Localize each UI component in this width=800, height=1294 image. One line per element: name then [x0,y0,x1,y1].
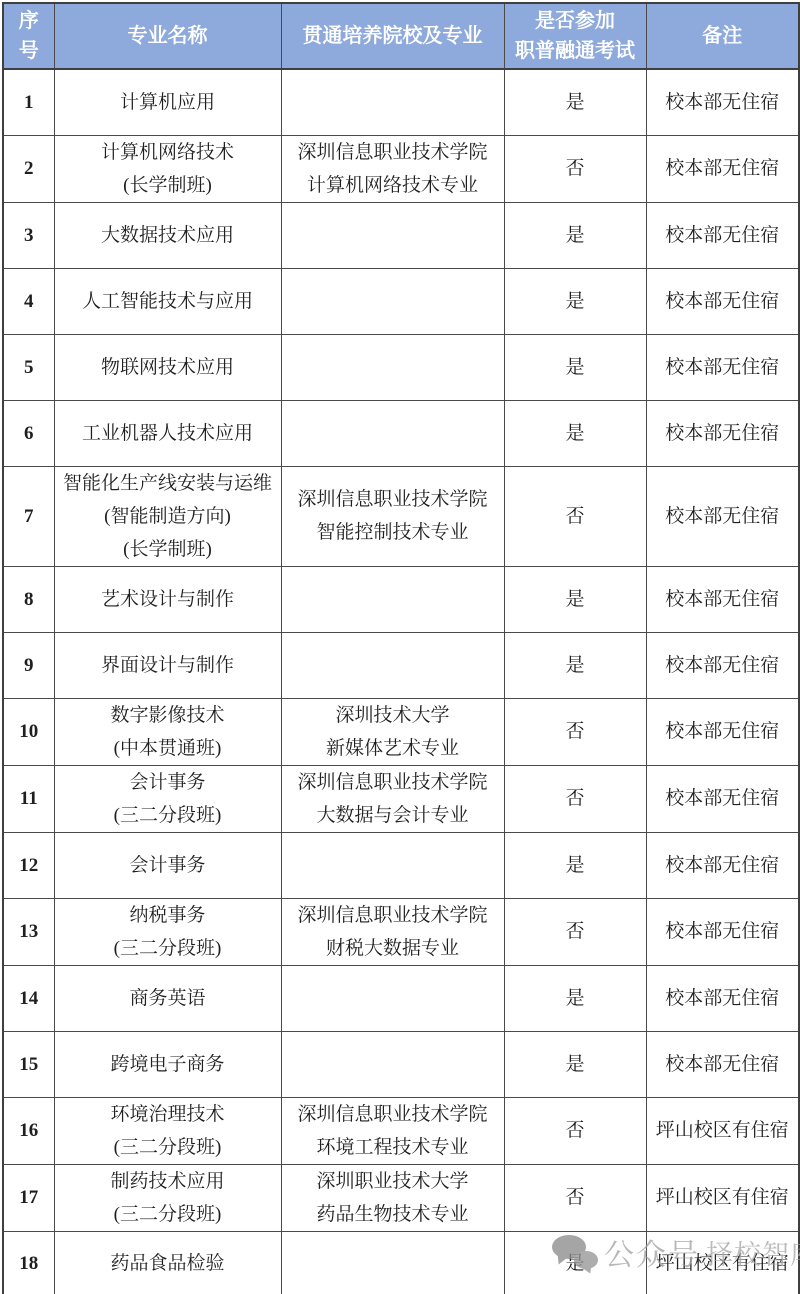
row-number-cell: 2 [3,135,54,202]
note-cell: 校本部无住宿 [646,202,799,268]
college-major-cell [281,965,504,1031]
college-major-cell: 深圳信息职业技术学院 环境工程技术专业 [281,1097,504,1164]
exam-flag-cell: 是 [504,566,646,632]
row-number-cell: 14 [3,965,54,1031]
header-col-major: 专业名称 [54,3,281,69]
note-cell: 坪山校区有住宿 [646,1231,799,1294]
exam-flag-cell: 否 [504,765,646,832]
note-cell: 校本部无住宿 [646,135,799,202]
college-major-cell: 深圳职业技术大学 药品生物技术专业 [281,1164,504,1231]
table-row: 18 药品食品检验 是 坪山校区有住宿 [3,1231,799,1294]
exam-flag-cell: 否 [504,698,646,765]
college-major-cell [281,268,504,334]
major-name-cell: 数字影像技术 (中本贯通班) [54,698,281,765]
note-cell: 坪山校区有住宿 [646,1097,799,1164]
table-row: 5 物联网技术应用 是 校本部无住宿 [3,334,799,400]
major-name-cell: 跨境电子商务 [54,1031,281,1097]
table-header: 序 号 专业名称 贯通培养院校及专业 是否参加 职普融通考试 备注 [3,3,799,69]
table-row: 9 界面设计与制作 是 校本部无住宿 [3,632,799,698]
college-major-cell [281,632,504,698]
row-number-cell: 7 [3,466,54,566]
college-major-cell [281,832,504,898]
college-major-cell [281,400,504,466]
table-row: 4 人工智能技术与应用 是 校本部无住宿 [3,268,799,334]
college-major-cell [281,202,504,268]
row-number-cell: 3 [3,202,54,268]
college-major-cell: 深圳信息职业技术学院 计算机网络技术专业 [281,135,504,202]
exam-flag-cell: 是 [504,832,646,898]
table-row: 3 大数据技术应用 是 校本部无住宿 [3,202,799,268]
row-number-cell: 8 [3,566,54,632]
note-cell: 校本部无住宿 [646,400,799,466]
table-row: 1 计算机应用 是 校本部无住宿 [3,69,799,135]
major-name-cell: 制药技术应用 (三二分段班) [54,1164,281,1231]
major-name-cell: 艺术设计与制作 [54,566,281,632]
college-major-cell: 深圳技术大学 新媒体艺术专业 [281,698,504,765]
major-name-cell: 界面设计与制作 [54,632,281,698]
major-name-cell: 计算机应用 [54,69,281,135]
table-row: 11 会计事务 (三二分段班) 深圳信息职业技术学院 大数据与会计专业 否 校本… [3,765,799,832]
college-major-cell: 深圳信息职业技术学院 财税大数据专业 [281,898,504,965]
note-cell: 校本部无住宿 [646,334,799,400]
college-major-cell [281,1231,504,1294]
college-major-cell [281,69,504,135]
header-col-exam: 是否参加 职普融通考试 [504,3,646,69]
college-major-cell [281,334,504,400]
table-row: 6 工业机器人技术应用 是 校本部无住宿 [3,400,799,466]
major-name-cell: 计算机网络技术 (长学制班) [54,135,281,202]
row-number-cell: 16 [3,1097,54,1164]
note-cell: 校本部无住宿 [646,566,799,632]
table-row: 7 智能化生产线安装与运维 (智能制造方向) (长学制班) 深圳信息职业技术学院… [3,466,799,566]
table-row: 17 制药技术应用 (三二分段班) 深圳职业技术大学 药品生物技术专业 否 坪山… [3,1164,799,1231]
exam-flag-cell: 是 [504,1231,646,1294]
header-col-number: 序 号 [3,3,54,69]
table-row: 15 跨境电子商务 是 校本部无住宿 [3,1031,799,1097]
note-cell: 校本部无住宿 [646,832,799,898]
table-row: 8 艺术设计与制作 是 校本部无住宿 [3,566,799,632]
note-cell: 校本部无住宿 [646,698,799,765]
note-cell: 校本部无住宿 [646,69,799,135]
exam-flag-cell: 是 [504,334,646,400]
exam-flag-cell: 是 [504,69,646,135]
exam-flag-cell: 是 [504,202,646,268]
note-cell: 坪山校区有住宿 [646,1164,799,1231]
college-major-cell: 深圳信息职业技术学院 大数据与会计专业 [281,765,504,832]
major-name-cell: 纳税事务 (三二分段班) [54,898,281,965]
note-cell: 校本部无住宿 [646,898,799,965]
note-cell: 校本部无住宿 [646,632,799,698]
exam-flag-cell: 否 [504,1097,646,1164]
note-cell: 校本部无住宿 [646,268,799,334]
table-row: 14 商务英语 是 校本部无住宿 [3,965,799,1031]
college-major-cell: 深圳信息职业技术学院 智能控制技术专业 [281,466,504,566]
exam-flag-cell: 是 [504,268,646,334]
major-name-cell: 商务英语 [54,965,281,1031]
table-row: 12 会计事务 是 校本部无住宿 [3,832,799,898]
table-row: 10 数字影像技术 (中本贯通班) 深圳技术大学 新媒体艺术专业 否 校本部无住… [3,698,799,765]
exam-flag-cell: 否 [504,466,646,566]
row-number-cell: 5 [3,334,54,400]
table-row: 2 计算机网络技术 (长学制班) 深圳信息职业技术学院 计算机网络技术专业 否 … [3,135,799,202]
exam-flag-cell: 是 [504,400,646,466]
major-name-cell: 会计事务 (三二分段班) [54,765,281,832]
table-row: 13 纳税事务 (三二分段班) 深圳信息职业技术学院 财税大数据专业 否 校本部… [3,898,799,965]
row-number-cell: 17 [3,1164,54,1231]
exam-flag-cell: 否 [504,135,646,202]
major-name-cell: 工业机器人技术应用 [54,400,281,466]
college-major-cell [281,566,504,632]
major-name-cell: 大数据技术应用 [54,202,281,268]
major-name-cell: 环境治理技术 (三二分段班) [54,1097,281,1164]
major-name-cell: 药品食品检验 [54,1231,281,1294]
note-cell: 校本部无住宿 [646,765,799,832]
row-number-cell: 1 [3,69,54,135]
row-number-cell: 4 [3,268,54,334]
row-number-cell: 6 [3,400,54,466]
row-number-cell: 12 [3,832,54,898]
row-number-cell: 13 [3,898,54,965]
row-number-cell: 18 [3,1231,54,1294]
exam-flag-cell: 是 [504,632,646,698]
major-name-cell: 物联网技术应用 [54,334,281,400]
row-number-cell: 9 [3,632,54,698]
row-number-cell: 15 [3,1031,54,1097]
table-row: 16 环境治理技术 (三二分段班) 深圳信息职业技术学院 环境工程技术专业 否 … [3,1097,799,1164]
major-name-cell: 会计事务 [54,832,281,898]
table-body: 1 计算机应用 是 校本部无住宿 2 计算机网络技术 (长学制班) 深圳信息职业… [3,69,799,1294]
note-cell: 校本部无住宿 [646,466,799,566]
note-cell: 校本部无住宿 [646,1031,799,1097]
exam-flag-cell: 否 [504,898,646,965]
row-number-cell: 10 [3,698,54,765]
college-major-cell [281,1031,504,1097]
header-row: 序 号 专业名称 贯通培养院校及专业 是否参加 职普融通考试 备注 [3,3,799,69]
exam-flag-cell: 是 [504,1031,646,1097]
header-col-college: 贯通培养院校及专业 [281,3,504,69]
major-name-cell: 智能化生产线安装与运维 (智能制造方向) (长学制班) [54,466,281,566]
major-name-cell: 人工智能技术与应用 [54,268,281,334]
row-number-cell: 11 [3,765,54,832]
admissions-table: 序 号 专业名称 贯通培养院校及专业 是否参加 职普融通考试 备注 1 计算机应… [2,2,800,1294]
header-col-note: 备注 [646,3,799,69]
note-cell: 校本部无住宿 [646,965,799,1031]
page: 序 号 专业名称 贯通培养院校及专业 是否参加 职普融通考试 备注 1 计算机应… [0,0,800,1294]
exam-flag-cell: 否 [504,1164,646,1231]
exam-flag-cell: 是 [504,965,646,1031]
